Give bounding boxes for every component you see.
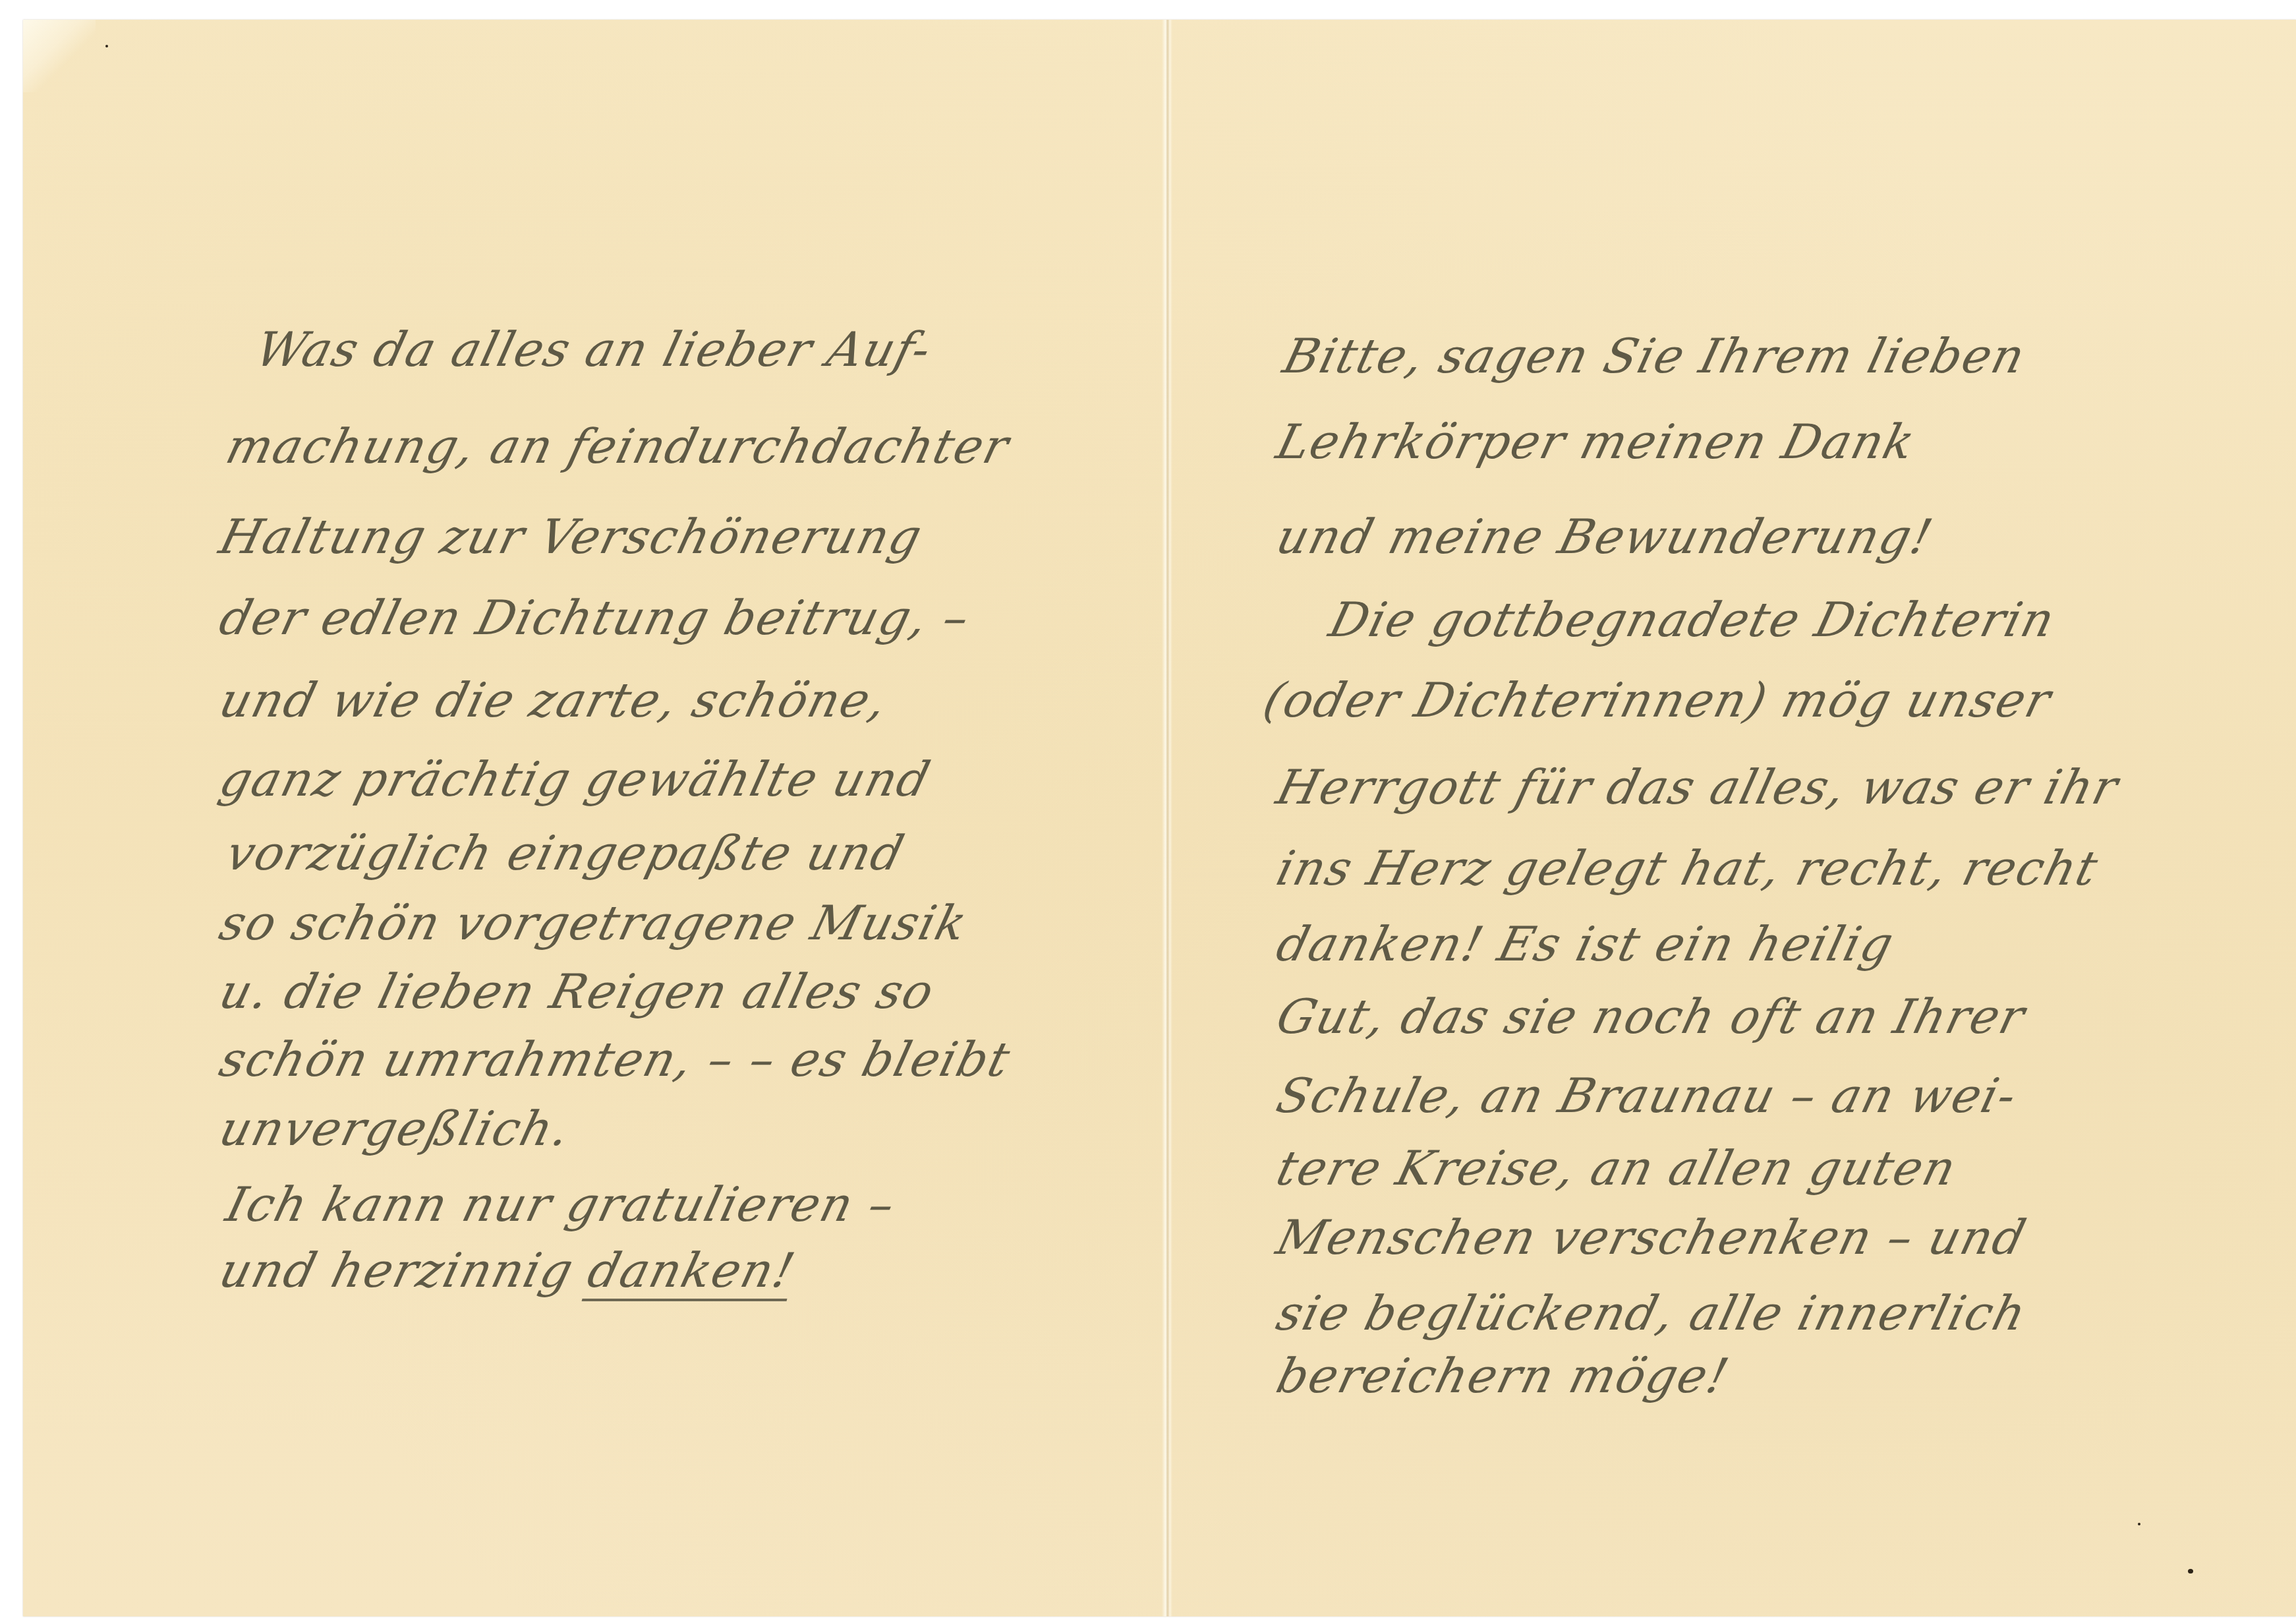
left-line-1: Was da alles an lieber Auf- — [250, 322, 937, 377]
right-line-2: Lehrkörper meinen Dank — [1271, 414, 1921, 469]
left-line-6: ganz prächtig gewählte und — [214, 751, 936, 807]
left-line-13: und herzinnig danken! — [214, 1243, 801, 1298]
right-page: Bitte, sagen Sie Ihrem lieben Lehrkörper… — [1172, 20, 2296, 1616]
right-line-13: sie beglückend, alle innerlich — [1271, 1285, 2032, 1341]
left-line-11: unvergeßlich. — [214, 1101, 577, 1156]
left-line-13-text: und herzinnig danken! — [214, 1243, 801, 1298]
right-line-11: tere Kreise, an allen guten — [1271, 1140, 1963, 1196]
left-page: Was da alles an lieber Auf- machung, an … — [23, 20, 1167, 1616]
paper-speck — [2188, 1569, 2193, 1574]
right-line-8: danken! Es ist ein heilig — [1271, 916, 1900, 972]
paper-speck — [105, 45, 108, 47]
right-line-4: Die gottbegnadete Dichterin — [1324, 592, 2061, 647]
left-line-5: und wie die zarte, schöne, — [214, 672, 894, 728]
right-line-10: Schule, an Braunau – an wei- — [1271, 1068, 2023, 1123]
underlined-word: danken! — [583, 1243, 801, 1298]
left-line-4: der edlen Dichtung beitrug, – — [214, 590, 976, 645]
letter-sheet: Was da alles an lieber Auf- machung, an … — [23, 20, 2296, 1616]
right-line-9: Gut, das sie noch oft an Ihrer — [1271, 989, 2031, 1044]
right-line-12: Menschen verschenken – und — [1271, 1210, 2032, 1265]
left-line-7: vorzüglich eingepaßte und — [221, 825, 911, 881]
left-line-2: machung, an feindurchdachter — [221, 419, 1016, 474]
left-line-8: so schön vorgetragene Musik — [214, 895, 973, 951]
left-line-9: u. die lieben Reigen alles so — [214, 964, 940, 1019]
right-line-1: Bitte, sagen Sie Ihrem lieben — [1278, 328, 2032, 384]
left-line-3: Haltung zur Verschönerung — [214, 509, 929, 564]
paper-speck — [2138, 1523, 2140, 1525]
right-line-3: und meine Bewunderung! — [1271, 509, 1939, 564]
right-line-7: ins Herz gelegt hat, recht, recht — [1271, 840, 2104, 896]
right-line-5: (oder Dichterinnen) mög unser — [1258, 672, 2057, 728]
left-line-10: schön umrahmten, – – es bleibt — [214, 1032, 1017, 1087]
right-line-6: Herrgott für das alles, was er ihr — [1271, 759, 2125, 815]
right-line-14: bereichern möge! — [1271, 1348, 1735, 1403]
left-line-12: Ich kann nur gratulieren – — [221, 1177, 902, 1232]
